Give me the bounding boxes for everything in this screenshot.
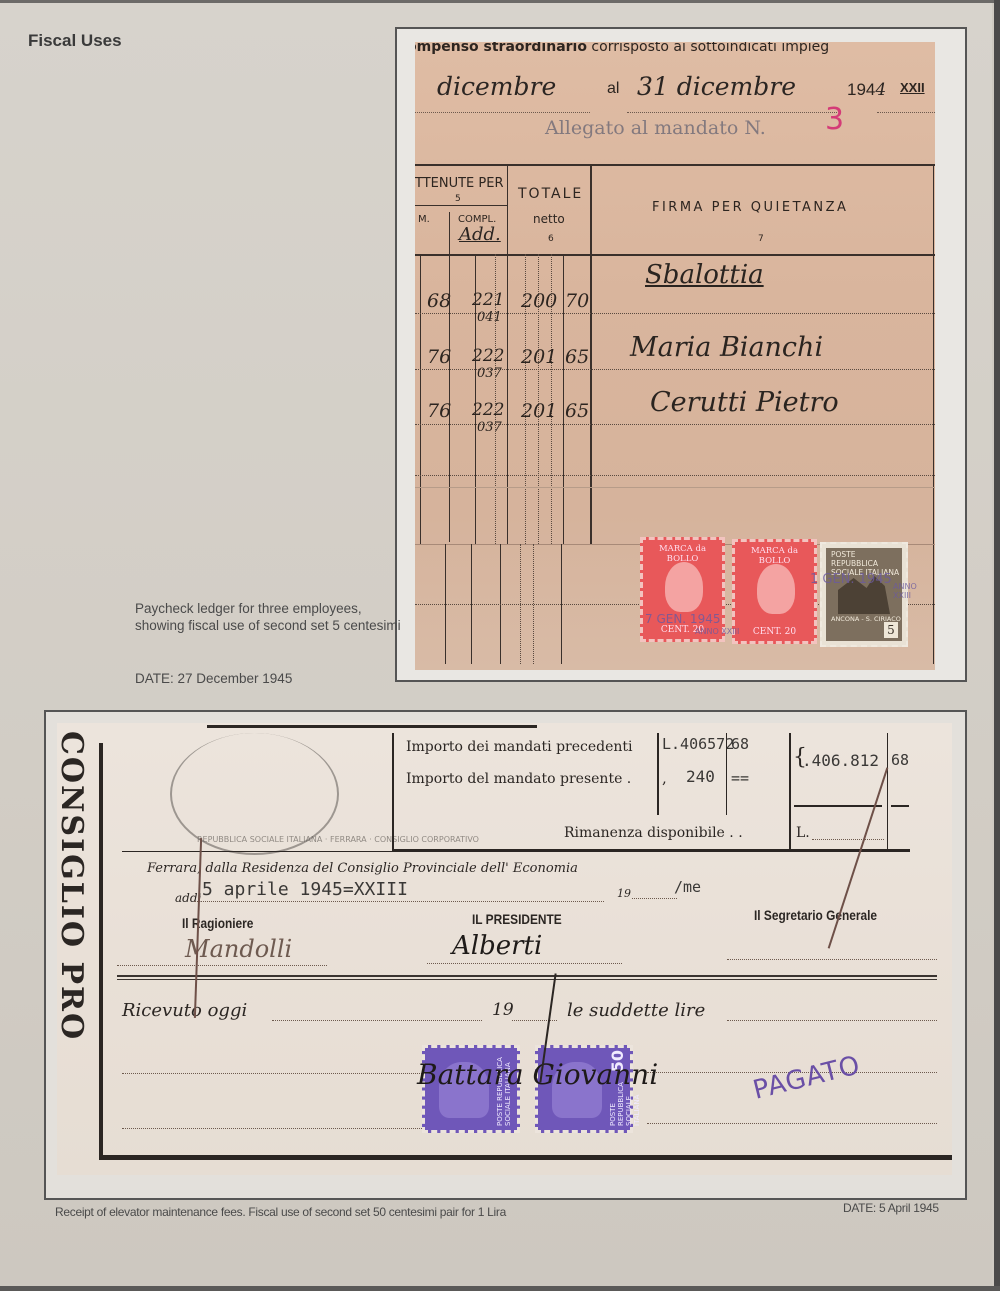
page-top-edge (0, 0, 1000, 3)
place-line: Ferrara, dalla Residenza del Consiglio P… (147, 861, 578, 876)
era: XXII (900, 80, 925, 95)
period-from: dicembre (437, 72, 556, 101)
present-amount: 240 (686, 767, 715, 786)
col-firma: FIRMA PER QUIETANZA (652, 200, 848, 215)
period-to-prefix: al (607, 80, 619, 98)
cancel-mark: 1 GEN. 1945 (810, 572, 892, 587)
ledger-header: ompenso straordinario corrisposto ai sot… (415, 42, 829, 55)
year: 1944 (847, 80, 886, 100)
cancel-mark: 7 GEN. 1945 (645, 612, 720, 626)
ledger-date: DATE: 27 December 1945 (135, 671, 292, 686)
allegato-number: 3 (825, 102, 844, 137)
presidente-signature: Alberti (452, 931, 542, 961)
ragioniere-label: Il Ragioniere (182, 915, 253, 931)
receipt-date: DATE: 5 April 1945 (843, 1201, 939, 1215)
page-bottom-edge (0, 1286, 1000, 1291)
signature: Cerutti Pietro (650, 387, 839, 418)
presidente-label: IL PRESIDENTE (472, 911, 562, 927)
col-ritenute: TTENUTE PER (415, 176, 503, 191)
receipt-caption: Receipt of elevator maintenance fees. Fi… (55, 1205, 506, 1219)
typed-date: 5 aprile 1945=XXIII (202, 879, 408, 900)
amounts-box: Importo dei mandati precedenti Importo d… (392, 733, 910, 851)
signature: Sbalottia (645, 260, 764, 290)
ricevuto-label: Ricevuto oggi (122, 1000, 247, 1021)
ragioniere-signature: Mandolli (185, 935, 292, 963)
maintenance-receipt: CONSIGLIO PRO REPUBBLICA SOCIALE ITALIAN… (57, 723, 952, 1175)
col-totale: TOTALE (518, 186, 583, 202)
ledger-caption: Paycheck ledger for three employees, sho… (135, 600, 405, 634)
signature: Maria Bianchi (630, 332, 823, 363)
marca-da-bollo-stamp: MARCA da BOLLO CENT. 20 (732, 539, 817, 644)
page-title: Fiscal Uses (28, 31, 122, 51)
signature-over-stamps: Battara Giovanni (417, 1058, 658, 1091)
paycheck-ledger: ompenso straordinario corrisposto ai sot… (415, 42, 935, 670)
page-right-edge (994, 0, 1000, 1291)
period-to: 31 dicembre (637, 72, 796, 101)
rimanenza-label: Rimanenza disponibile . . (564, 825, 743, 841)
total-amount: .406.812 (802, 751, 879, 770)
vertical-title: CONSIGLIO PRO (57, 723, 97, 1123)
prev-amount: L.406572 (662, 735, 734, 753)
segretario-label: Il Segretario Generale (754, 907, 877, 923)
